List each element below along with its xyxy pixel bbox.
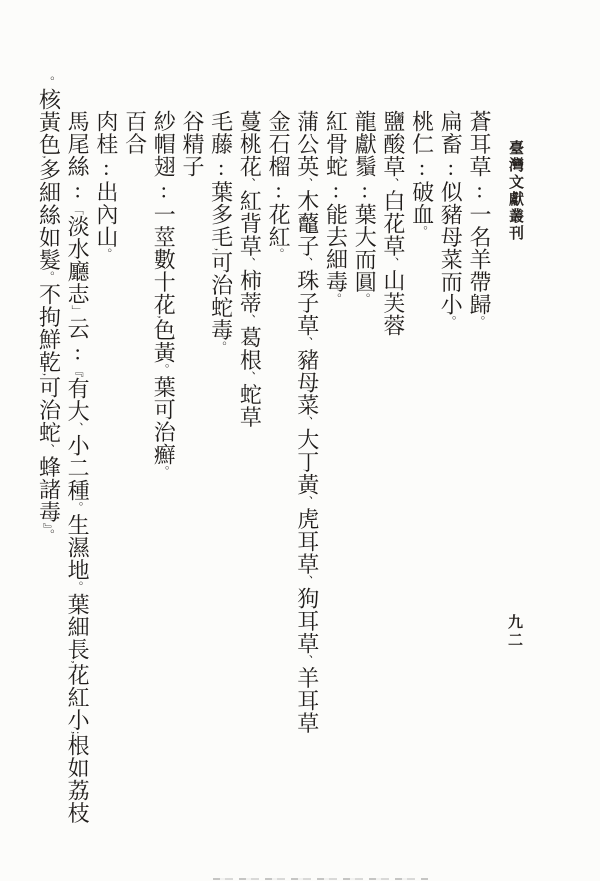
text-column: 谷精子 (177, 76, 206, 818)
text-column: 紅骨蛇:能去細毒。 (321, 76, 350, 818)
running-title: 臺灣文獻叢刊 (505, 140, 526, 242)
text-column-continuation: 。核黃色,多細絲如髮。不拘鮮乾,可治蛇、蜂諸毒』。 (34, 76, 63, 818)
text-column: 蔓桃花、紅背草、柿蒂、葛根、蛇草 (235, 76, 264, 818)
text-column: 金石榴:花紅。 (263, 76, 292, 818)
herb-list-text-block: 蒼耳草:一名羊帶歸。扁畜:似豬母菜而小。桃仁:破血。鹽酸草、白花草、山芙蓉龍獻鬚… (33, 76, 493, 818)
text-column: 蒼耳草:一名羊帶歸。 (464, 76, 493, 818)
scanned-book-page: 臺灣文獻叢刊 九二 蒼耳草:一名羊帶歸。扁畜:似豬母菜而小。桃仁:破血。鹽酸草、… (0, 0, 600, 881)
text-column: 桃仁:破血。 (407, 76, 436, 818)
text-column: 蒲公英、木虌子、珠子草、豬母菜、大丁黃、虎耳草、狗耳草、羊耳草 (292, 76, 321, 818)
text-column: 龍獻鬚:葉大而圓。 (349, 76, 378, 818)
text-column: 馬尾絲:「淡水廳志」云:『有大、小二種。生濕地。葉細長,花紅小;根如荔枝 (62, 76, 91, 818)
text-column: 扁畜:似豬母菜而小。 (436, 76, 465, 818)
text-column: 肉桂:出內山。 (91, 76, 120, 818)
text-column: 鹽酸草、白花草、山芙蓉 (378, 76, 407, 818)
page-number: 九二 (504, 614, 525, 650)
text-column: 毛藤:葉多毛,可治蛇毒。 (206, 76, 235, 818)
text-column: 百合 (120, 76, 149, 818)
scan-artifact-line (213, 878, 428, 880)
text-column: 紗帽翅:一莖數十花,色黃。葉可治癬。 (149, 76, 178, 818)
